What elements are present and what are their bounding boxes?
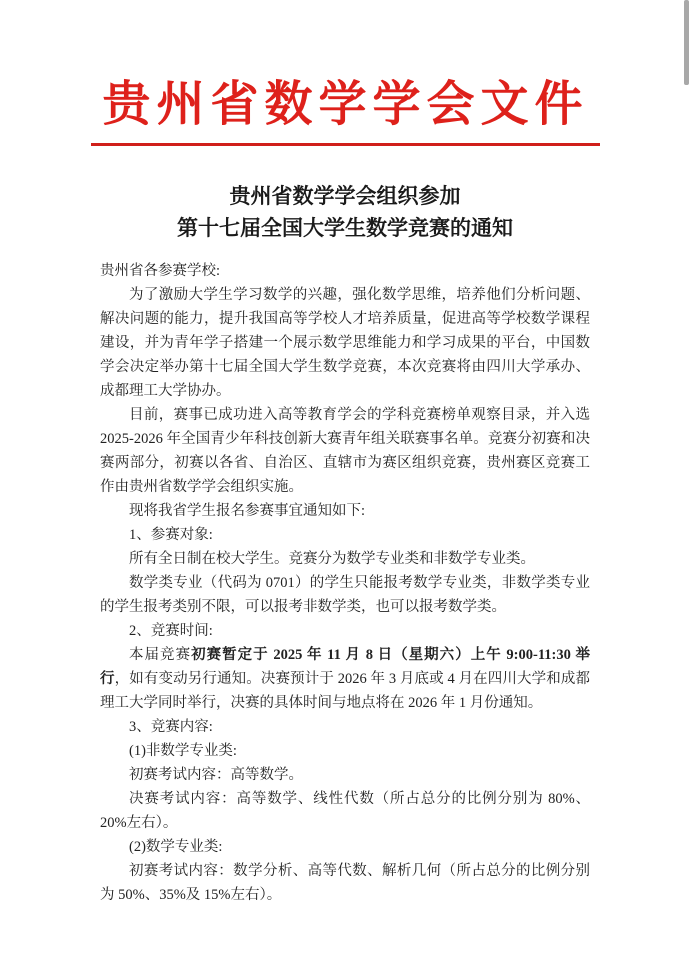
notice-title-line1: 贵州省数学学会组织参加 [100, 180, 590, 212]
section3-sub1-first-round: 初赛考试内容：高等数学。 [100, 763, 590, 787]
scrollbar-thumb[interactable] [684, 0, 689, 85]
document-content: 贵州省数学学会文件 贵州省数学学会组织参加 第十七届全国大学生数学竞赛的通知 贵… [0, 76, 691, 907]
salutation: 贵州省各参赛学校: [100, 259, 590, 283]
section3-sub1-final-round: 决赛考试内容：高等数学、线性代数（所占总分的比例分别为 80%、20%左右）。 [100, 787, 590, 835]
document-page: 贵州省数学学会文件 贵州省数学学会组织参加 第十七届全国大学生数学竞赛的通知 贵… [0, 0, 691, 970]
notice-title: 贵州省数学学会组织参加 第十七届全国大学生数学竞赛的通知 [100, 180, 590, 244]
document-body: 贵州省各参赛学校: 为了激励大学生学习数学的兴趣，强化数学思维，培养他们分析问题… [100, 259, 590, 907]
paragraph-status: 目前，赛事已成功进入高等教育学会的学科竞赛榜单观察目录，并入选 2025-202… [100, 403, 590, 499]
section3-sub2-first-round: 初赛考试内容：数学分析、高等代数、解析几何（所占总分的比例分别为 50%、35%… [100, 859, 590, 907]
paragraph-intro: 为了激励大学生学习数学的兴趣，强化数学思维，培养他们分析问题、解决问题的能力，提… [100, 283, 590, 403]
section1-paragraph1: 所有全日制在校大学生。竞赛分为数学专业类和非数学专业类。 [100, 547, 590, 571]
time-paragraph-prefix: 本届竞赛 [129, 647, 191, 663]
section2-heading: 2、竞赛时间: [100, 619, 590, 643]
letterhead-title: 贵州省数学学会文件 [91, 76, 600, 146]
section1-heading: 1、参赛对象: [100, 523, 590, 547]
time-paragraph-suffix: ，如有变动另行通知。决赛预计于 2026 年 3 月底或 4 月在四川大学和成都… [100, 671, 590, 711]
paragraph-notice-intro: 现将我省学生报名参赛事宜通知如下: [100, 499, 590, 523]
section3-heading: 3、竞赛内容: [100, 715, 590, 739]
notice-title-line2: 第十七届全国大学生数学竞赛的通知 [100, 212, 590, 244]
section2-time-paragraph: 本届竞赛初赛暂定于 2025 年 11 月 8 日（星期六）上午 9:00-11… [100, 643, 590, 715]
section3-sub1-heading: (1)非数学专业类: [100, 739, 590, 763]
section3-sub2-heading: (2)数学专业类: [100, 835, 590, 859]
scrollbar-track[interactable] [683, 0, 691, 970]
section1-paragraph2: 数学类专业（代码为 0701）的学生只能报考数学专业类，非数学类专业的学生报考类… [100, 571, 590, 619]
